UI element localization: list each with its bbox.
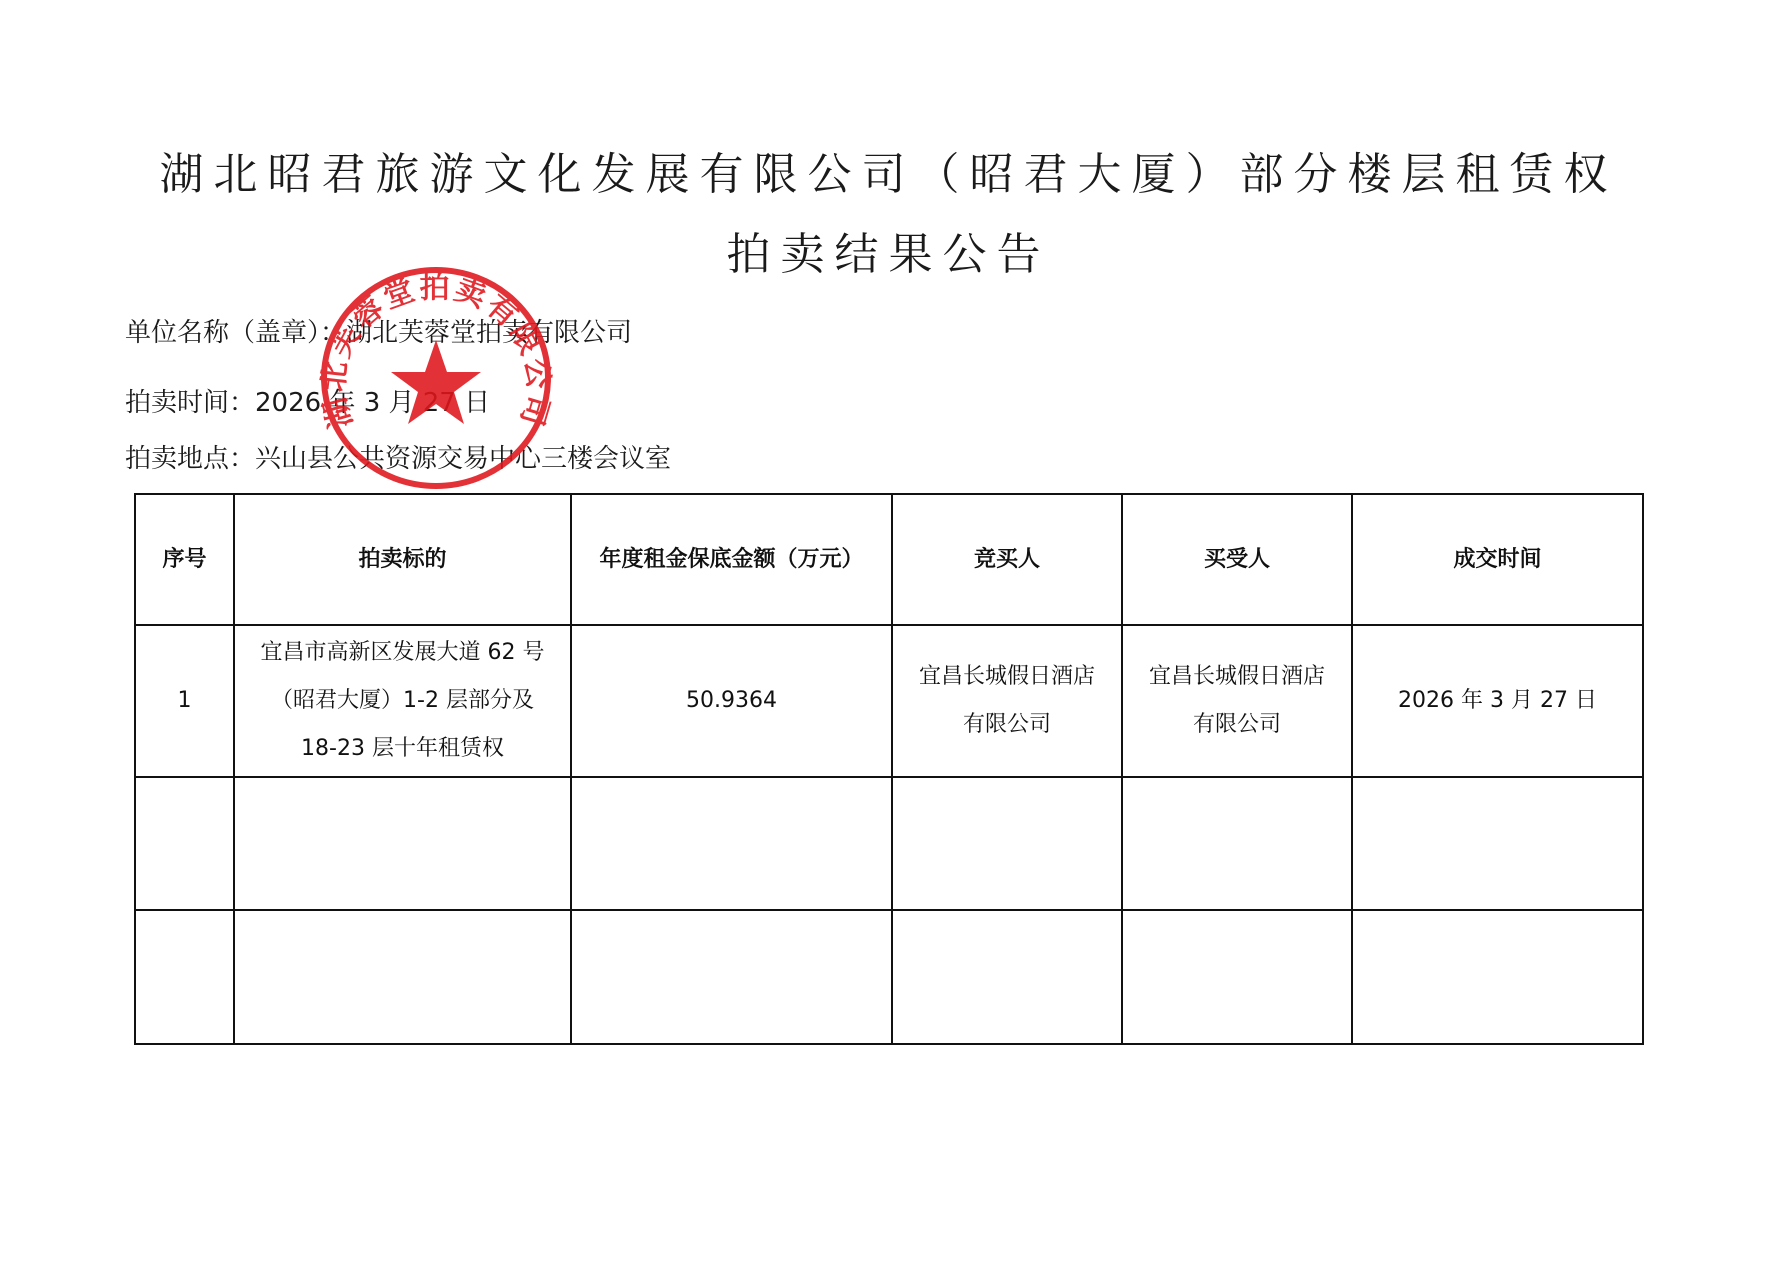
buyer-line: 宜昌长城假日酒店 (1129, 653, 1345, 701)
auction-result-table: 序号 拍卖标的 年度租金保底金额（万元） 竞买人 买受人 成交时间 1 宜昌市高… (134, 493, 1644, 1045)
cell-index: 1 (135, 625, 234, 777)
auction-place: 拍卖地点：兴山县公共资源交易中心三楼会议室 (125, 438, 671, 475)
auction-time: 拍卖时间：2026 年 3 月 27 日 (125, 382, 490, 419)
cell-deal-time: 2026 年 3 月 27 日 (1352, 625, 1643, 777)
cell-buyer: 宜昌长城假日酒店 有限公司 (1122, 625, 1352, 777)
document-title-line2: 拍卖结果公告 (0, 218, 1777, 282)
header-index: 序号 (135, 494, 234, 625)
table-header-row: 序号 拍卖标的 年度租金保底金额（万元） 竞买人 买受人 成交时间 (135, 494, 1643, 625)
cell-empty (571, 777, 892, 910)
cell-empty (1352, 777, 1643, 910)
cell-empty (571, 910, 892, 1044)
cell-empty (1122, 910, 1352, 1044)
bidder-line: 宜昌长城假日酒店 (899, 653, 1115, 701)
unit-name: 单位名称（盖章）：湖北芙蓉堂拍卖有限公司 (125, 312, 632, 349)
table-row: 1 宜昌市高新区发展大道 62 号 （昭君大厦）1-2 层部分及 18-23 层… (135, 625, 1643, 777)
table-row-empty (135, 777, 1643, 910)
header-amount: 年度租金保底金额（万元） (571, 494, 892, 625)
cell-empty (892, 910, 1122, 1044)
subject-line: 18-23 层十年租赁权 (241, 725, 564, 773)
header-subject: 拍卖标的 (234, 494, 571, 625)
subject-line: （昭君大厦）1-2 层部分及 (241, 677, 564, 725)
bidder-line: 有限公司 (899, 701, 1115, 749)
cell-empty (234, 910, 571, 1044)
header-bidder: 竞买人 (892, 494, 1122, 625)
cell-subject: 宜昌市高新区发展大道 62 号 （昭君大厦）1-2 层部分及 18-23 层十年… (234, 625, 571, 777)
header-buyer: 买受人 (1122, 494, 1352, 625)
buyer-line: 有限公司 (1129, 701, 1345, 749)
cell-empty (135, 910, 234, 1044)
cell-empty (892, 777, 1122, 910)
cell-empty (234, 777, 571, 910)
header-deal-time: 成交时间 (1352, 494, 1643, 625)
cell-empty (135, 777, 234, 910)
cell-bidder: 宜昌长城假日酒店 有限公司 (892, 625, 1122, 777)
cell-empty (1122, 777, 1352, 910)
subject-line: 宜昌市高新区发展大道 62 号 (241, 629, 564, 677)
cell-amount: 50.9364 (571, 625, 892, 777)
document-title-line1: 湖北昭君旅游文化发展有限公司（昭君大厦）部分楼层租赁权 (0, 138, 1777, 202)
cell-empty (1352, 910, 1643, 1044)
table-row-empty (135, 910, 1643, 1044)
